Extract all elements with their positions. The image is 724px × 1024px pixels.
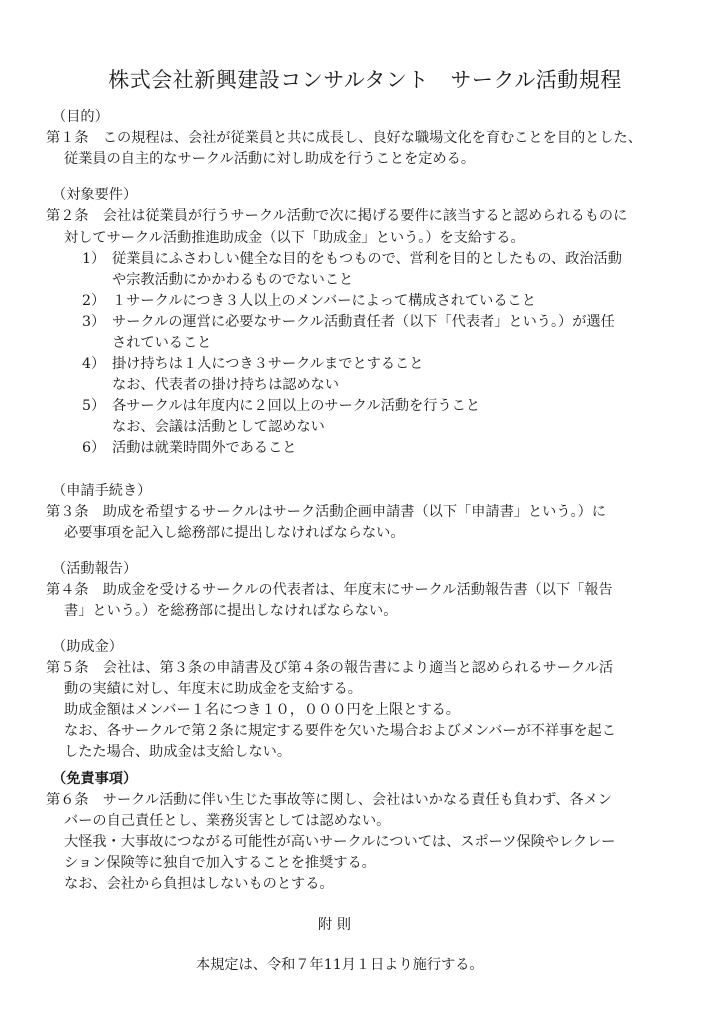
document-title: 株式会社新興建設コンサルタント サークル活動規程 — [0, 64, 724, 94]
requirement-5-line-1: 各サークルは年度内に２回以上のサークル活動を行うこと — [112, 397, 480, 415]
article-2-heading: （対象要件） — [52, 186, 137, 204]
requirement-3-number: 3） — [82, 313, 105, 331]
article-5-line-1: 第５条 会社は、第３条の申請書及び第４条の報告書により適当と認められるサークル活 — [46, 659, 613, 677]
article-6-line-5: なお、会社から負担はしないものとする。 — [64, 875, 334, 893]
article-1-line-2: 従業員の自主的なサークル活動に対し助成を行うことを定める。 — [64, 150, 475, 168]
requirement-1-line-2: や宗教活動にかかわるものでないこと — [112, 271, 353, 289]
article-4-heading: （活動報告） — [52, 560, 137, 578]
article-5-heading: （助成金） — [52, 638, 123, 656]
article-6-line-1: 第６条 サークル活動に伴い生じた事故等に関し、会社はいかなる責任も負わず、各メン — [46, 791, 612, 809]
supplementary-heading: 附 則 — [318, 916, 351, 934]
requirement-5-number: 5） — [82, 397, 105, 415]
article-1-line-1: 第１条 この規程は、会社が従業員と共に成長し、良好な職場文化を育むことを目的とし… — [46, 129, 642, 147]
requirement-1-line-1: 従業員にふさわしい健全な目的をもつもので、営利を目的としたもの、政治活動 — [112, 250, 622, 268]
article-4-line-1: 第４条 助成金を受けるサークルの代表者は、年度末にサークル活動報告書（以下「報告 — [46, 581, 613, 599]
article-3-line-1: 第３条 助成を希望するサークルはサーク活動企画申請書（以下「申請書」という。）に — [46, 503, 606, 521]
article-5-line-2: 動の実績に対し、年度末に助成金を支給する。 — [64, 680, 362, 698]
requirement-4-number: 4） — [82, 355, 105, 373]
article-1-heading: （目的） — [52, 108, 109, 126]
article-5-line-4: なお、各サークルで第２条に規定する要件を欠いた場合およびメンバーが不祥事を起こ — [64, 722, 616, 740]
article-2-line-2: 対してサークル活動推進助成金（以下「助成金」という。）を支給する。 — [64, 229, 525, 247]
article-3-line-2: 必要事項を記入し総務部に提出しなければならない。 — [64, 524, 405, 542]
article-6-line-4: ション保険等に独自で加入することを推奨する。 — [64, 854, 376, 872]
requirement-3-line-1: サークルの運営に必要なサークル活動責任者（以下「代表者」という。）が選任 — [112, 313, 615, 331]
article-5-line-3: 助成金額はメンバー１名につき１０，０００円を上限とする。 — [64, 701, 460, 719]
article-5-line-5: したた場合、助成金は支給しない。 — [64, 743, 291, 761]
requirement-5-line-2: なお、会議は活動として認めない — [112, 418, 325, 436]
requirement-2-line-1: １サークルにつき３人以上のメンバーによって構成されていること — [112, 292, 536, 310]
requirement-3-line-2: されていること — [112, 334, 211, 352]
supplementary-text: 本規定は、令和７年11月１日より施行する。 — [196, 956, 484, 974]
article-4-line-2: 書」という。）を総務部に提出しなければならない。 — [64, 602, 397, 620]
article-6-line-3: 大怪我・大事故につながる可能性が高いサークルについては、スポーツ保険やレクレー — [64, 833, 615, 851]
article-3-heading: （申請手続き） — [52, 482, 151, 500]
requirement-4-line-1: 掛け持ちは１人につき３サークルまでとすること — [112, 355, 423, 373]
article-6-heading: （免責事項） — [52, 770, 137, 788]
article-6-line-2: バーの自己責任とし、業務災害としては認めない。 — [64, 812, 390, 830]
requirement-1-number: 1） — [82, 250, 105, 268]
requirement-4-line-2: なお、代表者の掛け持ちは認めない — [112, 376, 339, 394]
article-2-line-1: 第２条 会社は従業員が行うサークル活動で次に掲げる要件に該当すると認められるもの… — [46, 207, 627, 225]
requirement-2-number: 2） — [82, 292, 105, 310]
requirement-6-line-1: 活動は就業時間外であること — [112, 439, 296, 457]
requirement-6-number: 6） — [82, 439, 105, 457]
